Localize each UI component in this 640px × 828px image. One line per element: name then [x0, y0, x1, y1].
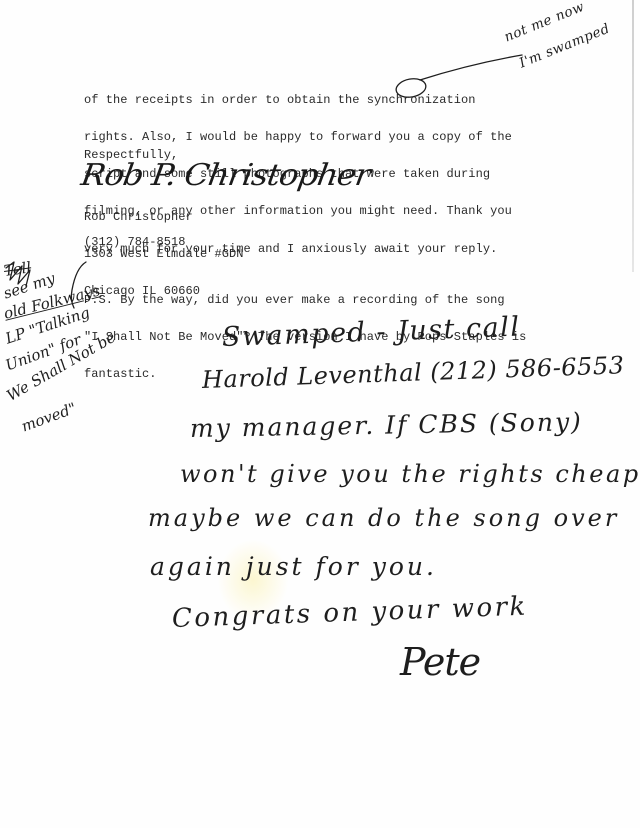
- sender-address: 1303 West Elmdale #GDN: [84, 248, 244, 260]
- reply-line: won't give you the rights cheap: [180, 460, 640, 488]
- margin-note-line: moved": [19, 399, 79, 435]
- sender-phone: (312) 784-8518: [84, 236, 186, 248]
- reply-line: my manager. If CBS (Sony): [190, 407, 583, 443]
- reply-line: Congrats on your work: [171, 592, 528, 634]
- reply-signature: Pete: [400, 640, 480, 684]
- reply-line: again just for you.: [150, 552, 437, 581]
- body-line: rights. Also, I would be happy to forwar…: [84, 131, 512, 143]
- sender-name: Rob Christopher: [84, 211, 244, 223]
- postscript-line: P.S. By the way, did you ever make a rec…: [84, 294, 526, 306]
- body-line: of the receipts in order to obtain the s…: [84, 94, 512, 106]
- page-edge-shadow: [632, 0, 634, 272]
- reply-line: maybe we can do the song over: [148, 504, 619, 532]
